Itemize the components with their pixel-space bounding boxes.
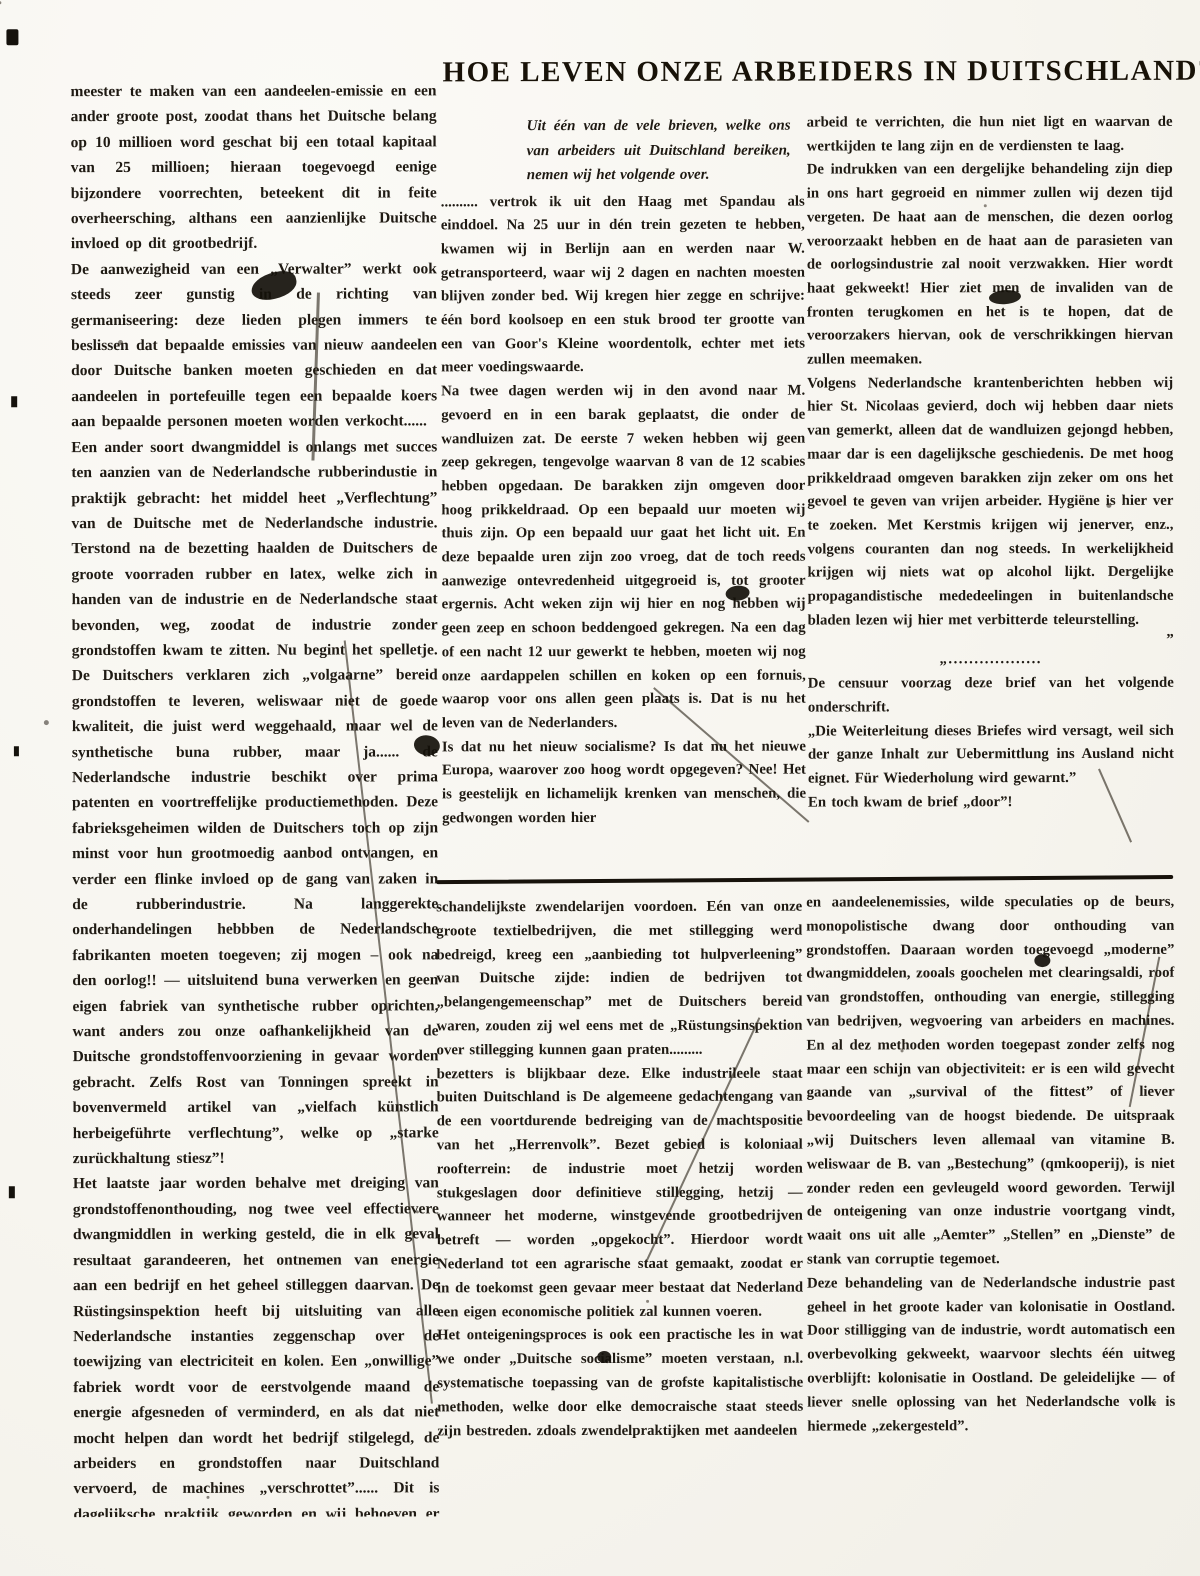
paragraph: En toch kwam de brief „door”! <box>808 790 1174 814</box>
newspaper-page: HOE LEVEN ONZE ARBEIDERS IN DUITSCHLAND?… <box>0 0 1200 1576</box>
ink-blot <box>1034 954 1050 967</box>
edge-mark <box>9 1186 15 1198</box>
paragraph: „Die Weiterleitung dieses Briefes wird v… <box>808 719 1174 791</box>
right-column-lower: en aandeelenemissies, wilde speculaties … <box>806 891 1175 1516</box>
paragraph: arbeid te verrichten, die hun niet ligt … <box>807 111 1173 159</box>
paragraph: bezetters is blijkbaar deze. Elke indust… <box>437 1062 804 1325</box>
middle-column-lower: schandelijkste zwendelarijen voordoen. E… <box>436 896 803 1517</box>
closing-quote-mark: ” <box>808 632 1174 649</box>
headline: HOE LEVEN ONZE ARBEIDERS IN DUITSCHLAND?… <box>442 55 1172 90</box>
edge-mark <box>14 746 19 756</box>
section-divider <box>436 875 1173 884</box>
paragraph: Is dat nu het nieuw socialisme? Is dat n… <box>442 735 806 831</box>
paragraph: Volgens Nederlandsche krantenberichten h… <box>807 372 1174 634</box>
paragraph: meester te maken van een aandeelen-emiss… <box>71 78 437 257</box>
paragraph: De censuur voorzag deze brief van het vo… <box>808 672 1174 720</box>
dotted-separator: „.................. <box>808 648 1174 672</box>
edge-mark <box>6 29 18 45</box>
paragraph: Het onteigeningsproces is ook een practi… <box>437 1324 803 1444</box>
paragraph: Deze behandeling van de Nederlandsche in… <box>807 1272 1175 1439</box>
letter-intro: Uit één van de vele brieven, welke ons v… <box>527 114 791 188</box>
middle-column-upper: Uit één van de vele brieven, welke ons v… <box>441 114 807 877</box>
right-column-upper: arbeid te verrichten, die hun niet ligt … <box>807 111 1175 876</box>
paragraph: Een ander soort dwangmiddel is onlangs m… <box>71 434 439 1172</box>
edge-mark <box>11 396 17 407</box>
paper-specks <box>0 1 1 4</box>
paragraph: Het laatste jaar worden behalve met drei… <box>73 1171 440 1517</box>
ink-blot <box>597 1351 611 1363</box>
paragraph: De indrukken van een dergelijke behandel… <box>807 158 1173 372</box>
paragraph: .......... vertrok ik uit den Haag met S… <box>441 190 805 380</box>
paragraph: Na twee dagen werden wij in den avond na… <box>441 380 806 736</box>
paragraph: en aandeelenemissies, wilde speculaties … <box>806 891 1175 1273</box>
page-content: HOE LEVEN ONZE ARBEIDERS IN DUITSCHLAND?… <box>0 0 1200 1576</box>
